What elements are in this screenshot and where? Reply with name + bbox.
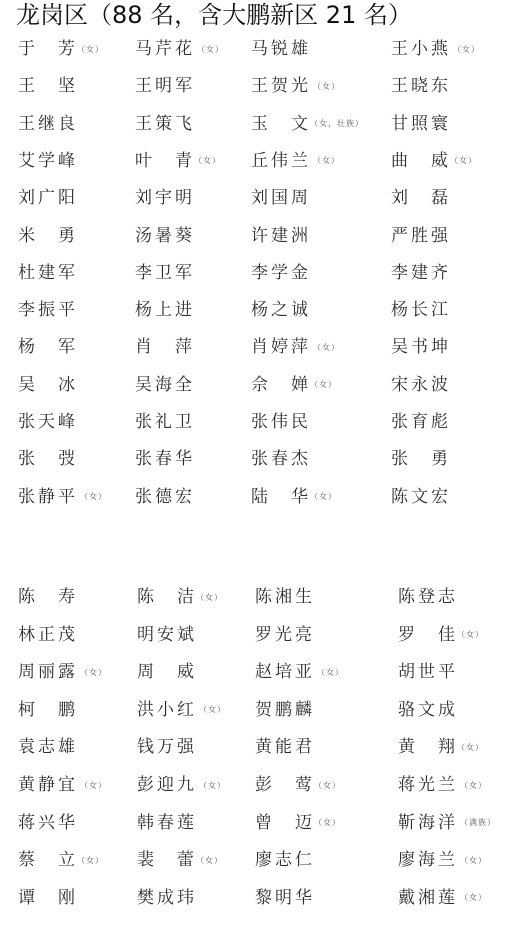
person-name: 王坚 [18,71,75,101]
name-row: 艾学峰叶青（女）丘伟兰（女）曲威（女） [0,146,522,176]
name-row: 张天峰张礼卫张伟民张育彪 [0,407,522,437]
name-row: 李振平杨上进杨之诚杨长江 [0,295,522,325]
person-name: 廖志仁 [255,845,315,875]
person-name: 彭迎九 [137,770,197,800]
name-row: 周丽露（女）周威赵培亚（女）胡世平 [0,657,522,687]
name-row: 柯鹏洪小红（女）贺鹏麟骆文成 [0,695,522,725]
person-name: 玉文 [251,109,308,139]
person-name: 宋永波 [391,370,451,400]
name-row: 黄静宜（女）彭迎九（女）彭莺（女）蒋光兰（女） [0,770,522,800]
person-name: 王小燕 [391,34,451,64]
annotation-label: （女） [457,630,484,639]
name-entry: 骆文成 [398,695,458,725]
person-name: 杨长江 [391,295,451,325]
person-name: 李卫军 [135,258,195,288]
person-name: 林正茂 [18,620,78,650]
name-entry: 陈湘生 [255,582,315,612]
name-row: 米勇汤暑葵许建洲严胜强 [0,221,522,251]
name-entry: 陆华（女） [251,482,337,512]
person-name: 王晓东 [391,71,451,101]
person-name: 李学金 [251,258,311,288]
annotation-label: （女） [199,705,226,714]
name-entry: 杜建军 [18,258,78,288]
person-name: 赵培亚 [255,657,315,687]
name-entry: 佘婵（女） [251,370,337,400]
person-name: 戴湘莲 [398,883,458,913]
person-name: 陈文宏 [391,482,451,512]
person-name: 贺鹏麟 [255,695,315,725]
annotation-label: （女） [310,380,337,389]
name-entry: 陈洁（女） [137,582,223,612]
name-entry: 蒋兴华 [18,808,78,838]
person-name: 杜建军 [18,258,78,288]
name-entry: 张礼卫 [135,407,195,437]
name-entry: 艾学峰 [18,146,78,176]
name-entry: 刘广阳 [18,183,78,213]
annotation-label: （女） [314,781,341,790]
annotation-label: （女） [457,743,484,752]
name-row: 谭刚樊成玮黎明华戴湘莲（女） [0,883,522,913]
name-entry: 彭迎九（女） [137,770,226,800]
name-row: 陈寿陈洁（女）陈湘生陈登志 [0,582,522,612]
name-entry: 袁志雄 [18,732,78,762]
person-name: 刘磊 [391,183,448,213]
person-name: 周丽露 [18,657,78,687]
name-entry: 柯鹏 [18,695,75,725]
name-entry: 张弢 [18,444,75,474]
person-name: 吴海全 [135,370,195,400]
name-row: 张静平（女）张德宏陆华（女）陈文宏 [0,482,522,512]
name-entry: 王小燕（女） [391,34,480,64]
name-entry: 王坚 [18,71,75,101]
annotation-label: （女） [194,156,221,165]
annotation-label: （女） [310,492,337,501]
person-name: 蒋兴华 [18,808,78,838]
name-entry: 吴书坤 [391,332,451,362]
name-entry: 明安斌 [137,620,197,650]
annotation-label: （女） [77,45,104,54]
person-name: 杨军 [18,332,75,362]
name-entry: 王继良 [18,109,78,139]
name-entry: 曲威（女） [391,146,477,176]
name-entry: 靳海洋（满族） [398,808,496,838]
name-entry: 黄静宜（女） [18,770,107,800]
name-row: 张弢张春华张春杰张勇 [0,444,522,474]
name-entry: 肖婷萍（女） [251,332,340,362]
person-name: 曾迈 [255,808,312,838]
name-row: 王继良王策飞玉文（女，壮族）甘照寰 [0,109,522,139]
name-entry: 叶青（女） [135,146,221,176]
name-entry: 陈寿 [18,582,75,612]
annotation-label: （女） [314,818,341,827]
name-entry: 裴蕾（女） [137,845,223,875]
name-row: 于芳（女）马芹花（女）马锐雄王小燕（女） [0,34,522,64]
person-name: 陈洁 [137,582,194,612]
person-name: 骆文成 [398,695,458,725]
name-row: 杨军肖萍肖婷萍（女）吴书坤 [0,332,522,362]
person-name: 王贺光 [251,71,311,101]
name-entry: 黄翔（女） [398,732,484,762]
person-name: 蔡立 [18,845,75,875]
person-name: 裴蕾 [137,845,194,875]
person-name: 吴书坤 [391,332,451,362]
name-entry: 贺鹏麟 [255,695,315,725]
person-name: 明安斌 [137,620,197,650]
name-row: 林正茂明安斌罗光亮罗佳（女） [0,620,522,650]
person-name: 王继良 [18,109,78,139]
name-entry: 林正茂 [18,620,78,650]
name-entry: 戴湘莲（女） [398,883,487,913]
person-name: 张天峰 [18,407,78,437]
annotation-label: （女） [196,593,223,602]
name-entry: 杨之诚 [251,295,311,325]
name-entry: 丘伟兰（女） [251,146,340,176]
name-entry: 李学金 [251,258,311,288]
name-entry: 彭莺（女） [255,770,341,800]
person-name: 杨上进 [135,295,195,325]
name-entry: 廖志仁 [255,845,315,875]
person-name: 刘广阳 [18,183,78,213]
person-name: 肖婷萍 [251,332,311,362]
name-row: 杜建军李卫军李学金李建齐 [0,258,522,288]
annotation-label: （女） [460,856,487,865]
name-entry: 张春杰 [251,444,311,474]
person-name: 李振平 [18,295,78,325]
name-row: 蒋兴华韩春莲曾迈（女）靳海洋（满族） [0,808,522,838]
name-entry: 陈登志 [398,582,458,612]
person-name: 廖海兰 [398,845,458,875]
person-name: 严胜强 [391,221,451,251]
person-name: 陆华 [251,482,308,512]
name-entry: 赵培亚（女） [255,657,344,687]
name-entry: 黎明华 [255,883,315,913]
person-name: 刘国周 [251,183,311,213]
name-entry: 李卫军 [135,258,195,288]
person-name: 王明军 [135,71,195,101]
name-entry: 钱万强 [137,732,197,762]
annotation-label: （女） [450,156,477,165]
annotation-label: （女） [80,668,107,677]
name-entry: 蒋光兰（女） [398,770,487,800]
name-entry: 罗光亮 [255,620,315,650]
person-name: 谭刚 [18,883,75,913]
annotation-label: （女） [313,343,340,352]
person-name: 吴冰 [18,370,75,400]
annotation-label: （女） [199,781,226,790]
person-name: 陈湘生 [255,582,315,612]
name-entry: 李振平 [18,295,78,325]
name-entry: 张伟民 [251,407,311,437]
name-entry: 李建齐 [391,258,451,288]
name-entry: 汤暑葵 [135,221,195,251]
annotation-label: （女） [313,82,340,91]
person-name: 靳海洋 [398,808,458,838]
name-entry: 陈文宏 [391,482,451,512]
person-name: 汤暑葵 [135,221,195,251]
name-entry: 宋永波 [391,370,451,400]
person-name: 艾学峰 [18,146,78,176]
person-name: 黎明华 [255,883,315,913]
name-entry: 张育彪 [391,407,451,437]
person-name: 张春华 [135,444,195,474]
person-name: 黄翔 [398,732,455,762]
annotation-label: （女） [197,45,224,54]
person-name: 黄静宜 [18,770,78,800]
person-name: 钱万强 [137,732,197,762]
name-row: 袁志雄钱万强黄能君黄翔（女） [0,732,522,762]
name-entry: 曾迈（女） [255,808,341,838]
name-row: 蔡立（女）裴蕾（女）廖志仁廖海兰（女） [0,845,522,875]
name-entry: 杨长江 [391,295,451,325]
name-entry: 韩春莲 [137,808,197,838]
person-name: 张育彪 [391,407,451,437]
name-entry: 黄能君 [255,732,315,762]
annotation-label: （女，壮族） [310,119,364,128]
name-row: 刘广阳刘宇明刘国周刘磊 [0,183,522,213]
name-entry: 张春华 [135,444,195,474]
person-name: 胡世平 [398,657,458,687]
name-entry: 谭刚 [18,883,75,913]
person-name: 张礼卫 [135,407,195,437]
name-entry: 刘国周 [251,183,311,213]
name-entry: 吴冰 [18,370,75,400]
person-name: 许建洲 [251,221,311,251]
person-name: 柯鹏 [18,695,75,725]
person-name: 肖萍 [135,332,192,362]
name-entry: 王明军 [135,71,195,101]
name-entry: 王晓东 [391,71,451,101]
name-entry: 张天峰 [18,407,78,437]
person-name: 米勇 [18,221,75,251]
person-name: 陈登志 [398,582,458,612]
name-entry: 王贺光（女） [251,71,340,101]
name-entry: 周丽露（女） [18,657,107,687]
person-name: 马芹花 [135,34,195,64]
person-name: 杨之诚 [251,295,311,325]
name-entry: 罗佳（女） [398,620,484,650]
person-name: 王策飞 [135,109,195,139]
annotation-label: （女） [196,856,223,865]
annotation-label: （满族） [460,818,496,827]
name-entry: 蔡立（女） [18,845,104,875]
person-name: 陈寿 [18,582,75,612]
person-name: 彭莺 [255,770,312,800]
name-entry: 樊成玮 [137,883,197,913]
person-name: 罗光亮 [255,620,315,650]
person-name: 张春杰 [251,444,311,474]
annotation-label: （女） [80,492,107,501]
name-entry: 廖海兰（女） [398,845,487,875]
name-entry: 玉文（女，壮族） [251,109,364,139]
name-entry: 马锐雄 [251,34,311,64]
name-entry: 张静平（女） [18,482,107,512]
person-name: 黄能君 [255,732,315,762]
annotation-label: （女） [80,781,107,790]
name-entry: 许建洲 [251,221,311,251]
name-entry: 马芹花（女） [135,34,224,64]
person-name: 张弢 [18,444,75,474]
name-entry: 甘照寰 [391,109,451,139]
person-name: 张勇 [391,444,448,474]
person-name: 叶青 [135,146,192,176]
annotation-label: （女） [313,156,340,165]
name-entry: 于芳（女） [18,34,104,64]
name-entry: 刘磊 [391,183,448,213]
name-entry: 杨上进 [135,295,195,325]
name-entry: 严胜强 [391,221,451,251]
name-entry: 周威 [137,657,194,687]
name-entry: 王策飞 [135,109,195,139]
person-name: 袁志雄 [18,732,78,762]
annotation-label: （女） [453,45,480,54]
person-name: 曲威 [391,146,448,176]
person-name: 樊成玮 [137,883,197,913]
name-entry: 洪小红（女） [137,695,226,725]
person-name: 洪小红 [137,695,197,725]
annotation-label: （女） [460,893,487,902]
person-name: 蒋光兰 [398,770,458,800]
name-entry: 张勇 [391,444,448,474]
name-entry: 刘宇明 [135,183,195,213]
person-name: 罗佳 [398,620,455,650]
person-name: 张静平 [18,482,78,512]
person-name: 刘宇明 [135,183,195,213]
name-entry: 肖萍 [135,332,192,362]
person-name: 张伟民 [251,407,311,437]
person-name: 于芳 [18,34,75,64]
person-name: 韩春莲 [137,808,197,838]
person-name: 马锐雄 [251,34,311,64]
annotation-label: （女） [460,781,487,790]
name-row: 吴冰吴海全佘婵（女）宋永波 [0,370,522,400]
name-row: 王坚王明军王贺光（女）王晓东 [0,71,522,101]
name-entry: 张德宏 [135,482,195,512]
person-name: 周威 [137,657,194,687]
document-title: 龙岗区（88 名，含大鹏新区 21 名） [16,0,412,30]
person-name: 丘伟兰 [251,146,311,176]
person-name: 甘照寰 [391,109,451,139]
person-name: 张德宏 [135,482,195,512]
annotation-label: （女） [317,668,344,677]
person-name: 佘婵 [251,370,308,400]
name-entry: 胡世平 [398,657,458,687]
name-entry: 吴海全 [135,370,195,400]
person-name: 李建齐 [391,258,451,288]
name-entry: 米勇 [18,221,75,251]
annotation-label: （女） [77,856,104,865]
name-entry: 杨军 [18,332,75,362]
